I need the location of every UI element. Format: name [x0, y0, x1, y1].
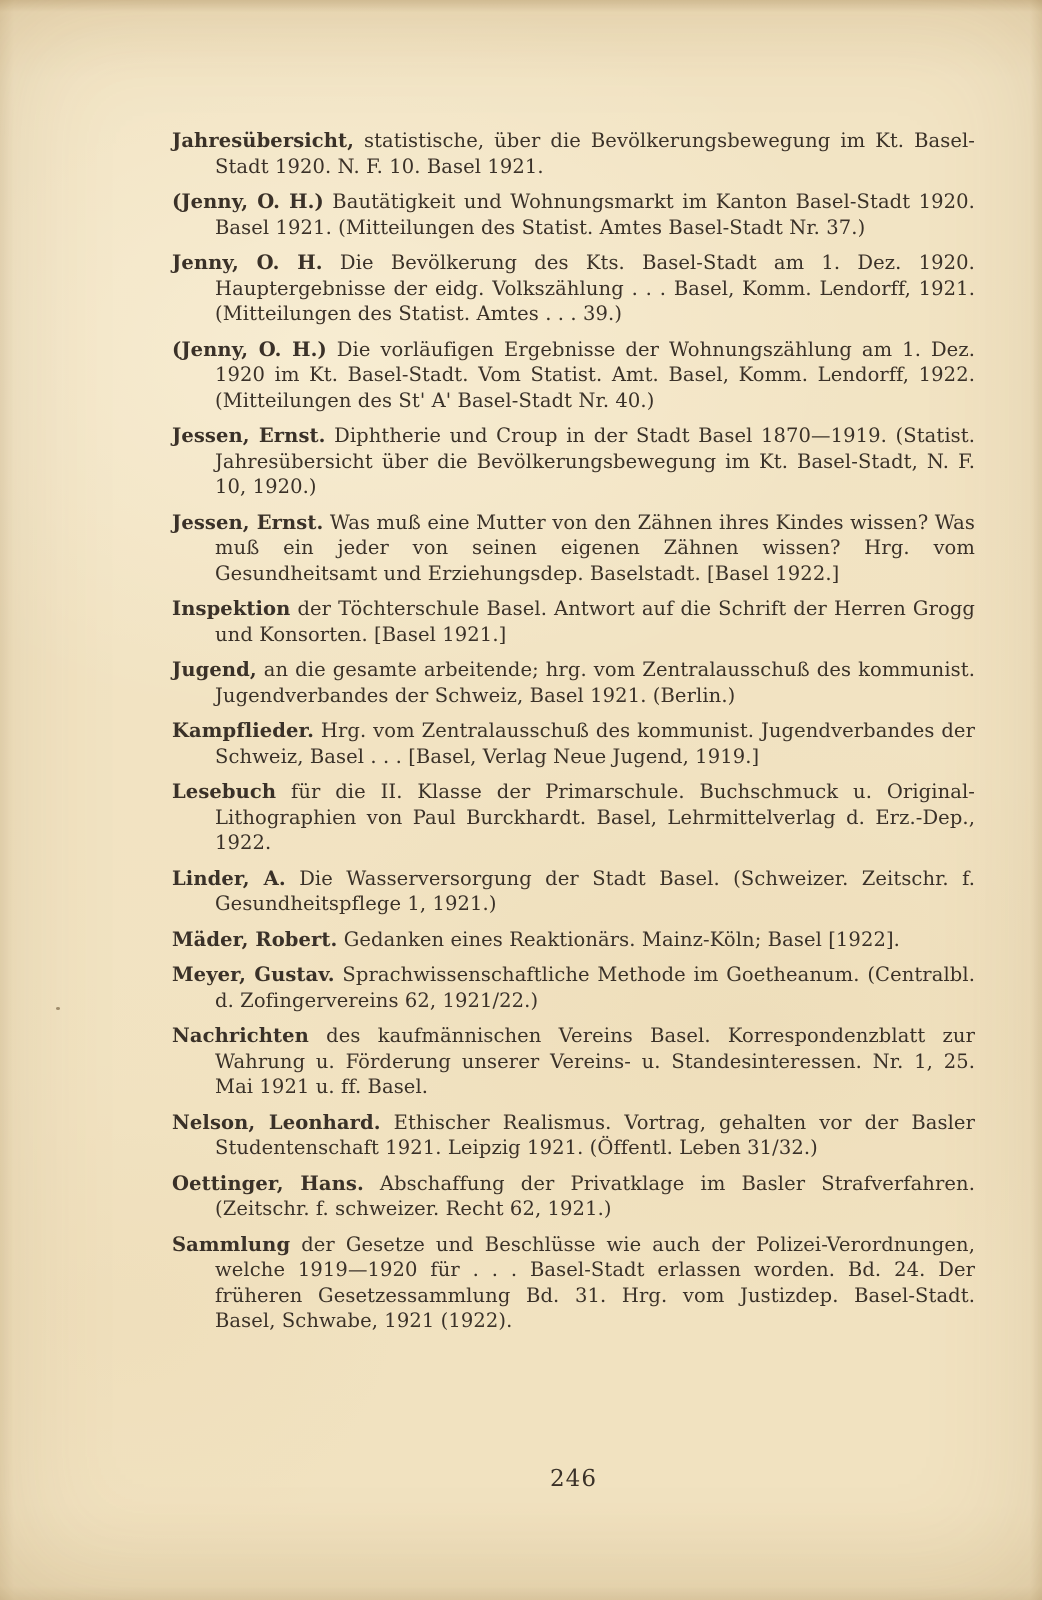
- bibliography-entry: Inspektion der Töchterschule Basel. Antw…: [172, 596, 975, 647]
- entry-lead-author: Oettinger, Hans.: [172, 1172, 364, 1195]
- bibliography-entry: Jessen, Ernst. Diphtherie und Croup in d…: [172, 423, 975, 500]
- entry-lead-author: Nelson, Leonhard.: [172, 1111, 381, 1134]
- paper-speck: [297, 820, 300, 823]
- entry-text: Die vorläufigen Ergebnisse der Wohnungsz…: [215, 338, 975, 412]
- bibliography-entry: Nelson, Leonhard. Ethischer Realismus. V…: [172, 1110, 975, 1161]
- page-number: 246: [172, 1466, 975, 1492]
- entry-text: Gedanken eines Reaktionärs. Mainz-Köln; …: [337, 928, 900, 951]
- bibliography-entry: (Jenny, O. H.) Bautätigkeit und Wohnungs…: [172, 189, 975, 240]
- bibliography-entry: Meyer, Gustav. Sprachwissenschaftliche M…: [172, 962, 975, 1013]
- bibliography-entry: (Jenny, O. H.) Die vorläufigen Ergebniss…: [172, 337, 975, 414]
- bibliography-list: Jahresübersicht, statistische, über die …: [172, 128, 975, 1344]
- entry-lead-author: Jessen, Ernst.: [172, 511, 323, 534]
- bibliography-entry: Lesebuch für die II. Klasse der Primarsc…: [172, 779, 975, 856]
- entry-text: Die Bevölkerung des Kts. Basel-Stadt am …: [215, 251, 975, 325]
- entry-lead-author: Meyer, Gustav.: [172, 963, 335, 986]
- scanned-book-page: Jahresübersicht, statistische, über die …: [0, 0, 1042, 1600]
- entry-lead-author: Mäder, Robert.: [172, 928, 337, 951]
- entry-lead-author: Linder, A.: [172, 867, 286, 890]
- entry-lead-author: (Jenny, O. H.): [172, 190, 324, 213]
- bibliography-entry: Oettinger, Hans. Abschaffung der Privatk…: [172, 1171, 975, 1222]
- entry-text: des kaufmännischen Vereins Basel. Korres…: [215, 1024, 975, 1098]
- entry-text: der Töchterschule Basel. Antwort auf die…: [215, 597, 975, 646]
- entry-lead-author: Inspektion: [172, 597, 290, 620]
- entry-text: Bautätigkeit und Wohnungsmarkt im Kanton…: [215, 190, 975, 239]
- entry-lead-author: Jahresübersicht,: [172, 129, 354, 152]
- bibliography-entry: Linder, A. Die Wasserversorgung der Stad…: [172, 866, 975, 917]
- bibliography-entry: Jahresübersicht, statistische, über die …: [172, 128, 975, 179]
- entry-text: an die gesamte arbeitende; hrg. vom Zent…: [215, 658, 975, 707]
- entry-text: Hrg. vom Zentralausschuß des kommunist. …: [215, 719, 975, 768]
- bibliography-entry: Nachrichten des kaufmännischen Vereins B…: [172, 1023, 975, 1100]
- bibliography-entry: Jenny, O. H. Die Bevölkerung des Kts. Ba…: [172, 250, 975, 327]
- entry-text: der Gesetze und Beschlüsse wie auch der …: [215, 1233, 975, 1333]
- entry-lead-author: Lesebuch: [172, 780, 276, 803]
- bibliography-entry: Jessen, Ernst. Was muß eine Mutter von d…: [172, 510, 975, 587]
- entry-lead-author: Nachrichten: [172, 1024, 309, 1047]
- entry-lead-author: Jugend,: [172, 658, 257, 681]
- bibliography-entry: Sammlung der Gesetze und Beschlüsse wie …: [172, 1232, 975, 1334]
- entry-lead-author: Sammlung: [172, 1233, 290, 1256]
- entry-lead-author: (Jenny, O. H.): [172, 338, 327, 361]
- entry-lead-author: Jenny, O. H.: [172, 251, 323, 274]
- entry-lead-author: Jessen, Ernst.: [172, 424, 326, 447]
- entry-text: für die II. Klasse der Primarschule. Buc…: [215, 780, 975, 854]
- bibliography-entry: Jugend, an die gesamte arbeitende; hrg. …: [172, 657, 975, 708]
- bibliography-entry: Mäder, Robert. Gedanken eines Reaktionär…: [172, 927, 975, 953]
- entry-lead-author: Kampflieder.: [172, 719, 314, 742]
- bibliography-entry: Kampflieder. Hrg. vom Zentralausschuß de…: [172, 718, 975, 769]
- entry-text: Diphtherie und Croup in der Stadt Basel …: [215, 424, 975, 498]
- entry-text: Die Wasserversorgung der Stadt Basel. (S…: [215, 867, 975, 916]
- paper-speck: [56, 1007, 60, 1010]
- entry-text: Was muß eine Mutter von den Zähnen ihres…: [215, 511, 975, 585]
